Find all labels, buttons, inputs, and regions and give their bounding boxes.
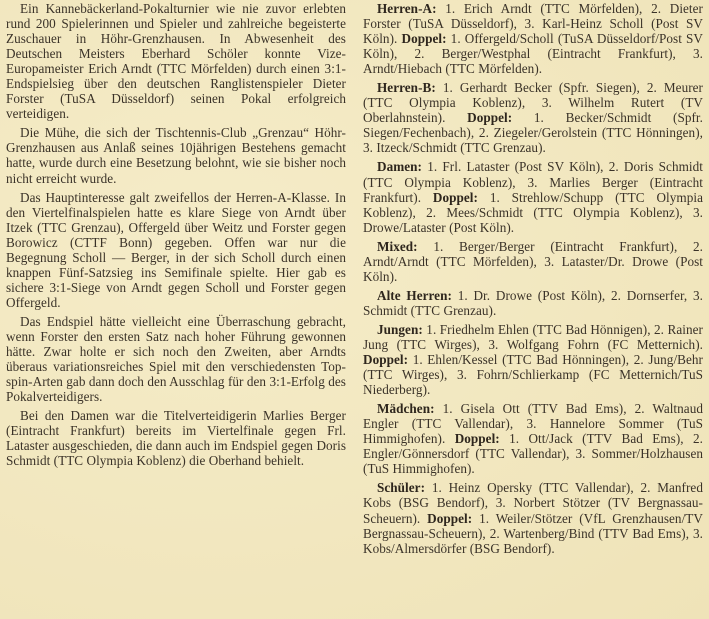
article-paragraph: Ein Kannebäckerland-Pokalturnier wie nie… <box>6 1 346 121</box>
category-label: Damen: <box>377 159 422 174</box>
doubles-label: Doppel: <box>467 110 512 125</box>
doubles-label: Doppel: <box>433 190 478 205</box>
doubles-label: Doppel: <box>427 511 472 526</box>
results-column: Herren-A: 1. Erich Arndt (TTC Mörfelden)… <box>363 1 703 619</box>
category-label: Alte Herren: <box>377 288 452 303</box>
category-label: Schüler: <box>377 480 425 495</box>
newspaper-clipping: Ein Kannebäckerland-Pokalturnier wie nie… <box>0 0 709 619</box>
category-label: Herren-A: <box>377 1 437 16</box>
doubles-results: 1. Ehlen/Kessel (TTC Bad Hönningen), 2. … <box>363 352 703 397</box>
doubles-label: Doppel: <box>455 431 500 446</box>
article-paragraph: Das Endspiel hätte vielleicht eine Überr… <box>6 314 346 404</box>
results-herren-b: Herren-B: 1. Gerhardt Becker (Spfr. Sieg… <box>363 80 703 155</box>
results-alte-herren: Alte Herren: 1. Dr. Drowe (Post Köln), 2… <box>363 288 703 318</box>
results-schueler: Schüler: 1. Heinz Opersky (TTC Vallendar… <box>363 480 703 555</box>
doubles-label: Doppel: <box>363 352 408 367</box>
article-paragraph: Das Hauptinteresse galt zweifellos der H… <box>6 190 346 310</box>
article-paragraph: Bei den Damen war die Titelverteidigerin… <box>6 408 346 468</box>
results-jungen: Jungen: 1. Friedhelm Ehlen (TTC Bad Hönn… <box>363 322 703 397</box>
results-herren-a: Herren-A: 1. Erich Arndt (TTC Mörfelden)… <box>363 1 703 76</box>
results-maedchen: Mädchen: 1. Gisela Ott (TTV Bad Ems), 2.… <box>363 401 703 476</box>
category-label: Jungen: <box>377 322 423 337</box>
results-mixed: Mixed: 1. Berger/Berger (Eintracht Frank… <box>363 239 703 284</box>
article-body-column: Ein Kannebäckerland-Pokalturnier wie nie… <box>6 1 346 619</box>
category-label: Herren-B: <box>377 80 436 95</box>
results-damen: Damen: 1. Frl. Lataster (Post SV Köln), … <box>363 159 703 234</box>
category-label: Mixed: <box>377 239 418 254</box>
category-label: Mädchen: <box>377 401 435 416</box>
article-paragraph: Die Mühe, die sich der Tischtennis-Club … <box>6 125 346 185</box>
doubles-label: Doppel: <box>402 31 447 46</box>
